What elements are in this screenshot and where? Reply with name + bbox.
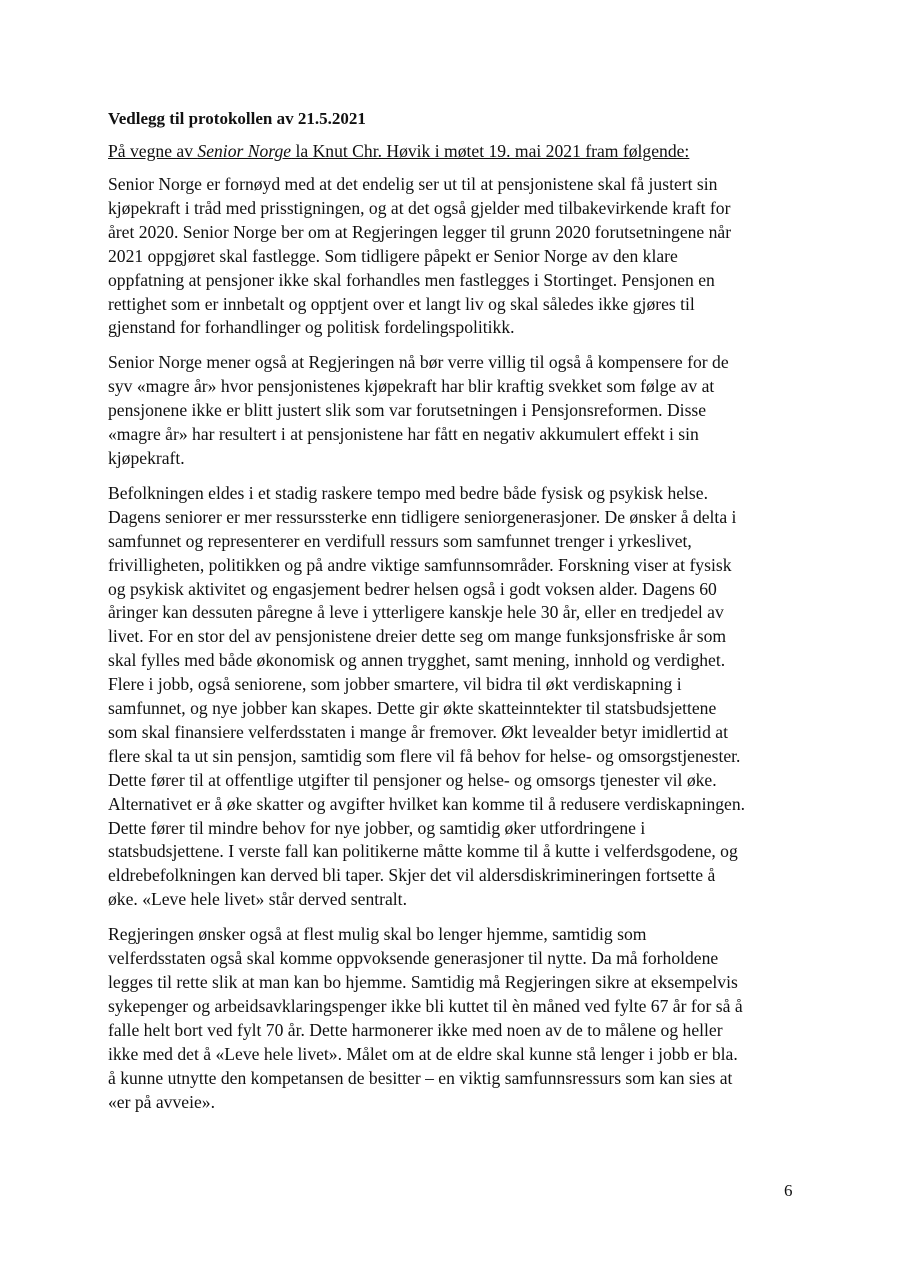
text-line: statsbudsjettene. I verste fall kan poli… [108, 840, 808, 864]
text-line: 2021 oppgjøret skal fastlegge. Som tidli… [108, 245, 808, 269]
text-line: velferdsstaten også skal komme oppvoksen… [108, 947, 808, 971]
text-line: skal fylles med både økonomisk og annen … [108, 649, 808, 673]
text-line: livet. For en stor del av pensjonistene … [108, 625, 808, 649]
text-line: øke. «Leve hele livet» står derved sentr… [108, 888, 808, 912]
text-line: året 2020. Senior Norge ber om at Regjer… [108, 221, 808, 245]
text-line: gjenstand for forhandlinger og politisk … [108, 316, 808, 340]
text-line: oppfatning at pensjoner ikke skal forhan… [108, 269, 808, 293]
text-line: samfunnet og representerer en verdifull … [108, 530, 808, 554]
text-line: legges til rette slik at man kan bo hjem… [108, 971, 808, 995]
subtitle-prefix: På vegne av [108, 141, 197, 161]
paragraph: Befolkningen eldes i et stadig raskere t… [108, 482, 808, 912]
paragraph: Senior Norge mener også at Regjeringen n… [108, 351, 808, 471]
text-line: syv «magre år» hvor pensjonistenes kjøpe… [108, 375, 808, 399]
text-line: frivilligheten, politikken og på andre v… [108, 554, 808, 578]
document-page: Vedlegg til protokollen av 21.5.2021 På … [108, 108, 808, 1125]
document-title: Vedlegg til protokollen av 21.5.2021 [108, 108, 808, 130]
text-line: falle helt bort ved fylt 70 år. Dette ha… [108, 1019, 808, 1043]
text-line: Dette fører til mindre behov for nye job… [108, 817, 808, 841]
text-line: åringer kan dessuten påregne å leve i yt… [108, 601, 808, 625]
text-line: samfunnet, og nye jobber kan skapes. Det… [108, 697, 808, 721]
text-line: Senior Norge mener også at Regjeringen n… [108, 351, 808, 375]
text-line: pensjonene ikke er blitt justert slik so… [108, 399, 808, 423]
text-line: Befolkningen eldes i et stadig raskere t… [108, 482, 808, 506]
text-line: som skal finansiere velferdsstaten i man… [108, 721, 808, 745]
document-body: Senior Norge er fornøyd med at det endel… [108, 173, 808, 1114]
text-line: rettighet som er innbetalt og opptjent o… [108, 293, 808, 317]
subtitle-suffix: la Knut Chr. Høvik i møtet 19. mai 2021 … [291, 141, 689, 161]
text-line: Flere i jobb, også seniorene, som jobber… [108, 673, 808, 697]
text-line: Dette fører til at offentlige utgifter t… [108, 769, 808, 793]
text-line: Alternativet er å øke skatter og avgifte… [108, 793, 808, 817]
text-line: eldrebefolkningen kan derved bli taper. … [108, 864, 808, 888]
document-subtitle: På vegne av Senior Norge la Knut Chr. Hø… [108, 140, 808, 162]
text-line: flere skal ta ut sin pensjon, samtidig s… [108, 745, 808, 769]
text-line: Regjeringen ønsker også at flest mulig s… [108, 923, 808, 947]
text-line: kjøpekraft. [108, 447, 808, 471]
text-line: kjøpekraft i tråd med prisstigningen, og… [108, 197, 808, 221]
text-line: å kunne utnytte den kompetansen de besit… [108, 1067, 808, 1091]
paragraph: Senior Norge er fornøyd med at det endel… [108, 173, 808, 340]
text-line: og psykisk aktivitet og engasjement bedr… [108, 578, 808, 602]
text-line: «magre år» har resultert i at pensjonist… [108, 423, 808, 447]
text-line: Senior Norge er fornøyd med at det endel… [108, 173, 808, 197]
text-line: «er på avveie». [108, 1091, 808, 1115]
paragraph: Regjeringen ønsker også at flest mulig s… [108, 923, 808, 1114]
text-line: sykepenger og arbeidsavklaringspenger ik… [108, 995, 808, 1019]
text-line: ikke med det å «Leve hele livet». Målet … [108, 1043, 808, 1067]
text-line: Dagens seniorer er mer ressurssterke enn… [108, 506, 808, 530]
page-number: 6 [784, 1180, 793, 1202]
subtitle-organization: Senior Norge [197, 141, 291, 161]
